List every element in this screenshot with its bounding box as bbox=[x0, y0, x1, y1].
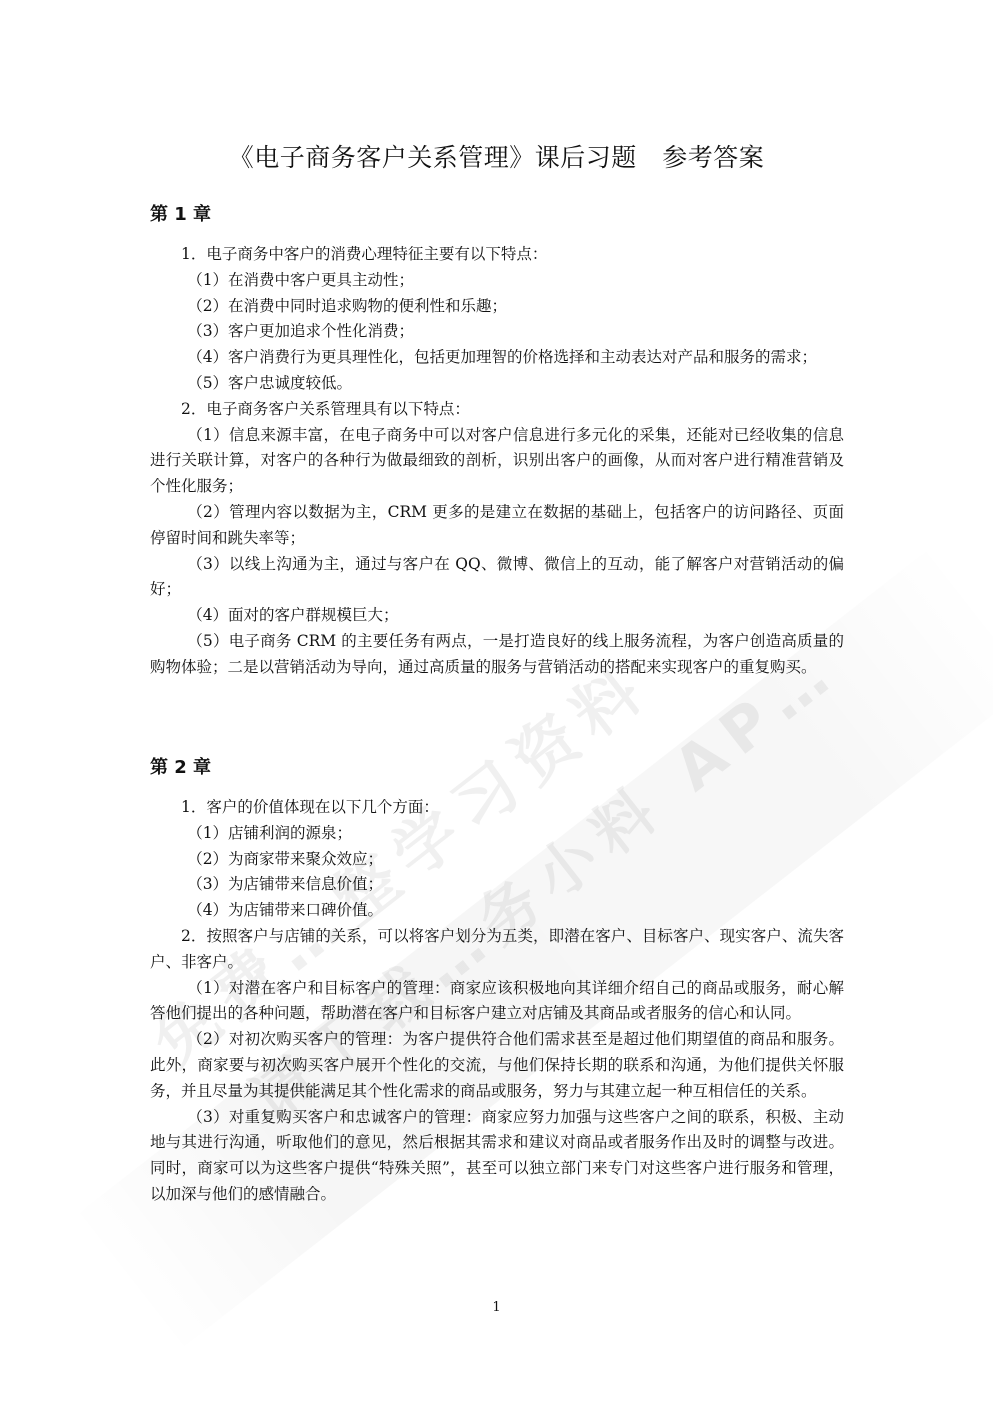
chapter-1-body: 1．电子商务中客户的消费心理特征主要有以下特点： （1）在消费中客户更具主动性；… bbox=[150, 242, 844, 681]
answer-item: （4）客户消费行为更具理性化，包括更加理智的价格选择和主动表达对产品和服务的需求… bbox=[150, 345, 844, 371]
question-paragraph: 1．电子商务中客户的消费心理特征主要有以下特点： bbox=[150, 242, 844, 268]
answer-item: （5）客户忠诚度较低。 bbox=[150, 371, 844, 397]
document-title: 《电子商务客户关系管理》课后习题 参考答案 bbox=[0, 138, 993, 174]
question-paragraph: 2．按照客户与店铺的关系，可以将客户划分为五类，即潜在客户、目标客户、现实客户、… bbox=[150, 924, 844, 976]
answer-item: （4）面对的客户群规模巨大； bbox=[150, 603, 844, 629]
answer-item: （3）客户更加追求个性化消费； bbox=[150, 319, 844, 345]
answer-item: （5）电子商务 CRM 的主要任务有两点，一是打造良好的线上服务流程，为客户创造… bbox=[150, 629, 844, 681]
chapter-heading: 第 2 章 bbox=[150, 753, 211, 779]
answer-item: （1）信息来源丰富，在电子商务中可以对客户信息进行多元化的采集，还能对已经收集的… bbox=[150, 423, 844, 500]
question-paragraph: 1．客户的价值体现在以下几个方面： bbox=[150, 795, 844, 821]
answer-item: （2）在消费中同时追求购物的便利性和乐趣； bbox=[150, 294, 844, 320]
answer-item: （1）在消费中客户更具主动性； bbox=[150, 268, 844, 294]
chapter-heading: 第 1 章 bbox=[150, 200, 211, 226]
answer-item: （2）管理内容以数据为主，CRM 更多的是建立在数据的基础上，包括客户的访问路径… bbox=[150, 500, 844, 552]
chapter-2-body: 1．客户的价值体现在以下几个方面： （1）店铺利润的源泉； （2）为商家带来聚众… bbox=[150, 795, 844, 1208]
answer-item: （3）为店铺带来信息价值； bbox=[150, 872, 844, 898]
answer-item: （2）对初次购买客户的管理：为客户提供符合他们需求甚至是超过他们期望值的商品和服… bbox=[150, 1027, 844, 1104]
answer-item: （4）为店铺带来口碑价值。 bbox=[150, 898, 844, 924]
document-page: 免费…整学习资料 请下载…务小料 AP… 《电子商务客户关系管理》课后习题 参考… bbox=[0, 0, 993, 1404]
page-number: 1 bbox=[0, 1300, 993, 1315]
answer-item: （3）以线上沟通为主，通过与客户在 QQ、微博、微信上的互动，能了解客户对营销活… bbox=[150, 552, 844, 604]
answer-item: （1）店铺利润的源泉； bbox=[150, 821, 844, 847]
question-paragraph: 2．电子商务客户关系管理具有以下特点： bbox=[150, 397, 844, 423]
answer-item: （3）对重复购买客户和忠诚客户的管理：商家应努力加强与这些客户之间的联系，积极、… bbox=[150, 1105, 844, 1208]
answer-item: （2）为商家带来聚众效应； bbox=[150, 847, 844, 873]
answer-item: （1）对潜在客户和目标客户的管理：商家应该积极地向其详细介绍自己的商品或服务，耐… bbox=[150, 976, 844, 1028]
